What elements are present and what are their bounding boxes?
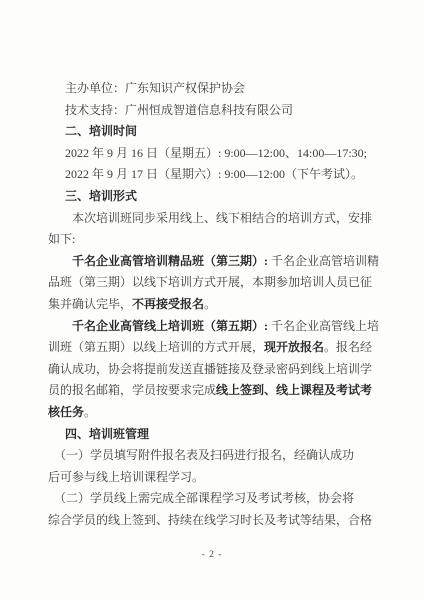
- bold-text-segment: 二、培训时间: [65, 124, 137, 138]
- text-segment: 2022 年 9 月 17 日（星期六）: 9:00—12:00（下午考试）。: [65, 167, 363, 181]
- text-segment: 。: [84, 405, 96, 419]
- document-line: 二、培训时间: [48, 121, 374, 143]
- text-segment: （一）学员填写附件报名表及扫码进行报名，经确认成功: [54, 448, 354, 462]
- document-line: 2022 年 9 月 17 日（星期六）: 9:00—12:00（下午考试）。: [48, 164, 374, 186]
- document-line: 技术支持：广州恒成智道信息科技有限公司: [48, 100, 374, 122]
- document-line: 三、培训形式: [48, 186, 374, 208]
- text-segment: 。: [204, 297, 216, 311]
- document-line: 员的报名邮箱，学员按要求完成线上签到、线上课程及考试考: [48, 380, 374, 402]
- bold-text-segment: 千名企业高管培训精品班（第三期）:: [72, 254, 268, 268]
- page-number: - 2 -: [0, 550, 424, 560]
- document-line: 本次培训班同步采用线上、线下相结合的培训方式，安排: [48, 208, 374, 230]
- document-line: 后可参与线上培训课程学习。: [48, 467, 374, 489]
- document-line: 核任务。: [48, 402, 374, 424]
- text-segment: 千名企业高管线上培: [268, 319, 379, 333]
- document-lines: 主办单位：广东知识产权保护协会技术支持：广州恒成智道信息科技有限公司二、培训时间…: [48, 78, 374, 531]
- bold-text-segment: 核任务: [48, 405, 84, 419]
- bold-text-segment: 不再接受报名: [132, 297, 204, 311]
- document-line: 千名企业高管培训精品班（第三期）: 千名企业高管培训精: [48, 251, 374, 273]
- text-segment: 品班（第三期）以线下培训方式开展，本期参加培训人员已征: [48, 275, 372, 289]
- bold-text-segment: 四、培训班管理: [65, 427, 149, 441]
- text-segment: 2022 年 9 月 16 日（星期五）: 9:00—12:00、14:00—1…: [65, 146, 367, 160]
- document-line: 训班（第五期）以线上培训的方式开展，现开放报名。报名经: [48, 337, 374, 359]
- document-line: 四、培训班管理: [48, 424, 374, 446]
- text-segment: 综合学员的线上签到、持续在线学习时长及考试等结果，合格: [48, 513, 372, 527]
- document-line: 确认成功，协会将提前发送直播链接及登录密码到线上培训学: [48, 359, 374, 381]
- document-line: （一）学员填写附件报名表及扫码进行报名，经确认成功: [48, 445, 374, 467]
- document-line: 主办单位：广东知识产权保护协会: [48, 78, 374, 100]
- text-segment: 确认成功，协会将提前发送直播链接及登录密码到线上培训学: [48, 362, 372, 376]
- text-segment: 员的报名邮箱，学员按要求完成: [48, 383, 216, 397]
- text-segment: 千名企业高管培训精: [268, 254, 379, 268]
- text-segment: 集并确认完毕，: [48, 297, 132, 311]
- text-segment: 。报名经: [324, 340, 372, 354]
- document-line: 如下:: [48, 229, 374, 251]
- document-page: 主办单位：广东知识产权保护协会技术支持：广州恒成智道信息科技有限公司二、培训时间…: [0, 0, 424, 600]
- text-segment: 主办单位：广东知识产权保护协会: [65, 81, 245, 95]
- document-line: 品班（第三期）以线下培训方式开展，本期参加培训人员已征: [48, 272, 374, 294]
- bold-text-segment: 三、培训形式: [65, 189, 137, 203]
- text-segment: 后可参与线上培训课程学习。: [48, 470, 204, 484]
- bold-text-segment: 线上签到、线上课程及考试考: [216, 383, 372, 397]
- document-line: （二）学员线上需完成全部课程学习及考试考核，协会将: [48, 488, 374, 510]
- text-segment: 如下:: [48, 232, 75, 246]
- text-segment: （二）学员线上需完成全部课程学习及考试考核，协会将: [54, 491, 354, 505]
- document-line: 千名企业高管线上培训班（第五期）: 千名企业高管线上培: [48, 316, 374, 338]
- text-segment: 本次培训班同步采用线上、线下相结合的培训方式，安排: [72, 211, 372, 225]
- document-line: 综合学员的线上签到、持续在线学习时长及考试等结果，合格: [48, 510, 374, 532]
- text-segment: 训班（第五期）以线上培训的方式开展，: [48, 340, 264, 354]
- bold-text-segment: 千名企业高管线上培训班（第五期）:: [72, 319, 268, 333]
- document-line: 集并确认完毕，不再接受报名。: [48, 294, 374, 316]
- bold-text-segment: 现开放报名: [264, 340, 324, 354]
- document-line: 2022 年 9 月 16 日（星期五）: 9:00—12:00、14:00—1…: [48, 143, 374, 165]
- text-segment: 技术支持：广州恒成智道信息科技有限公司: [65, 103, 293, 117]
